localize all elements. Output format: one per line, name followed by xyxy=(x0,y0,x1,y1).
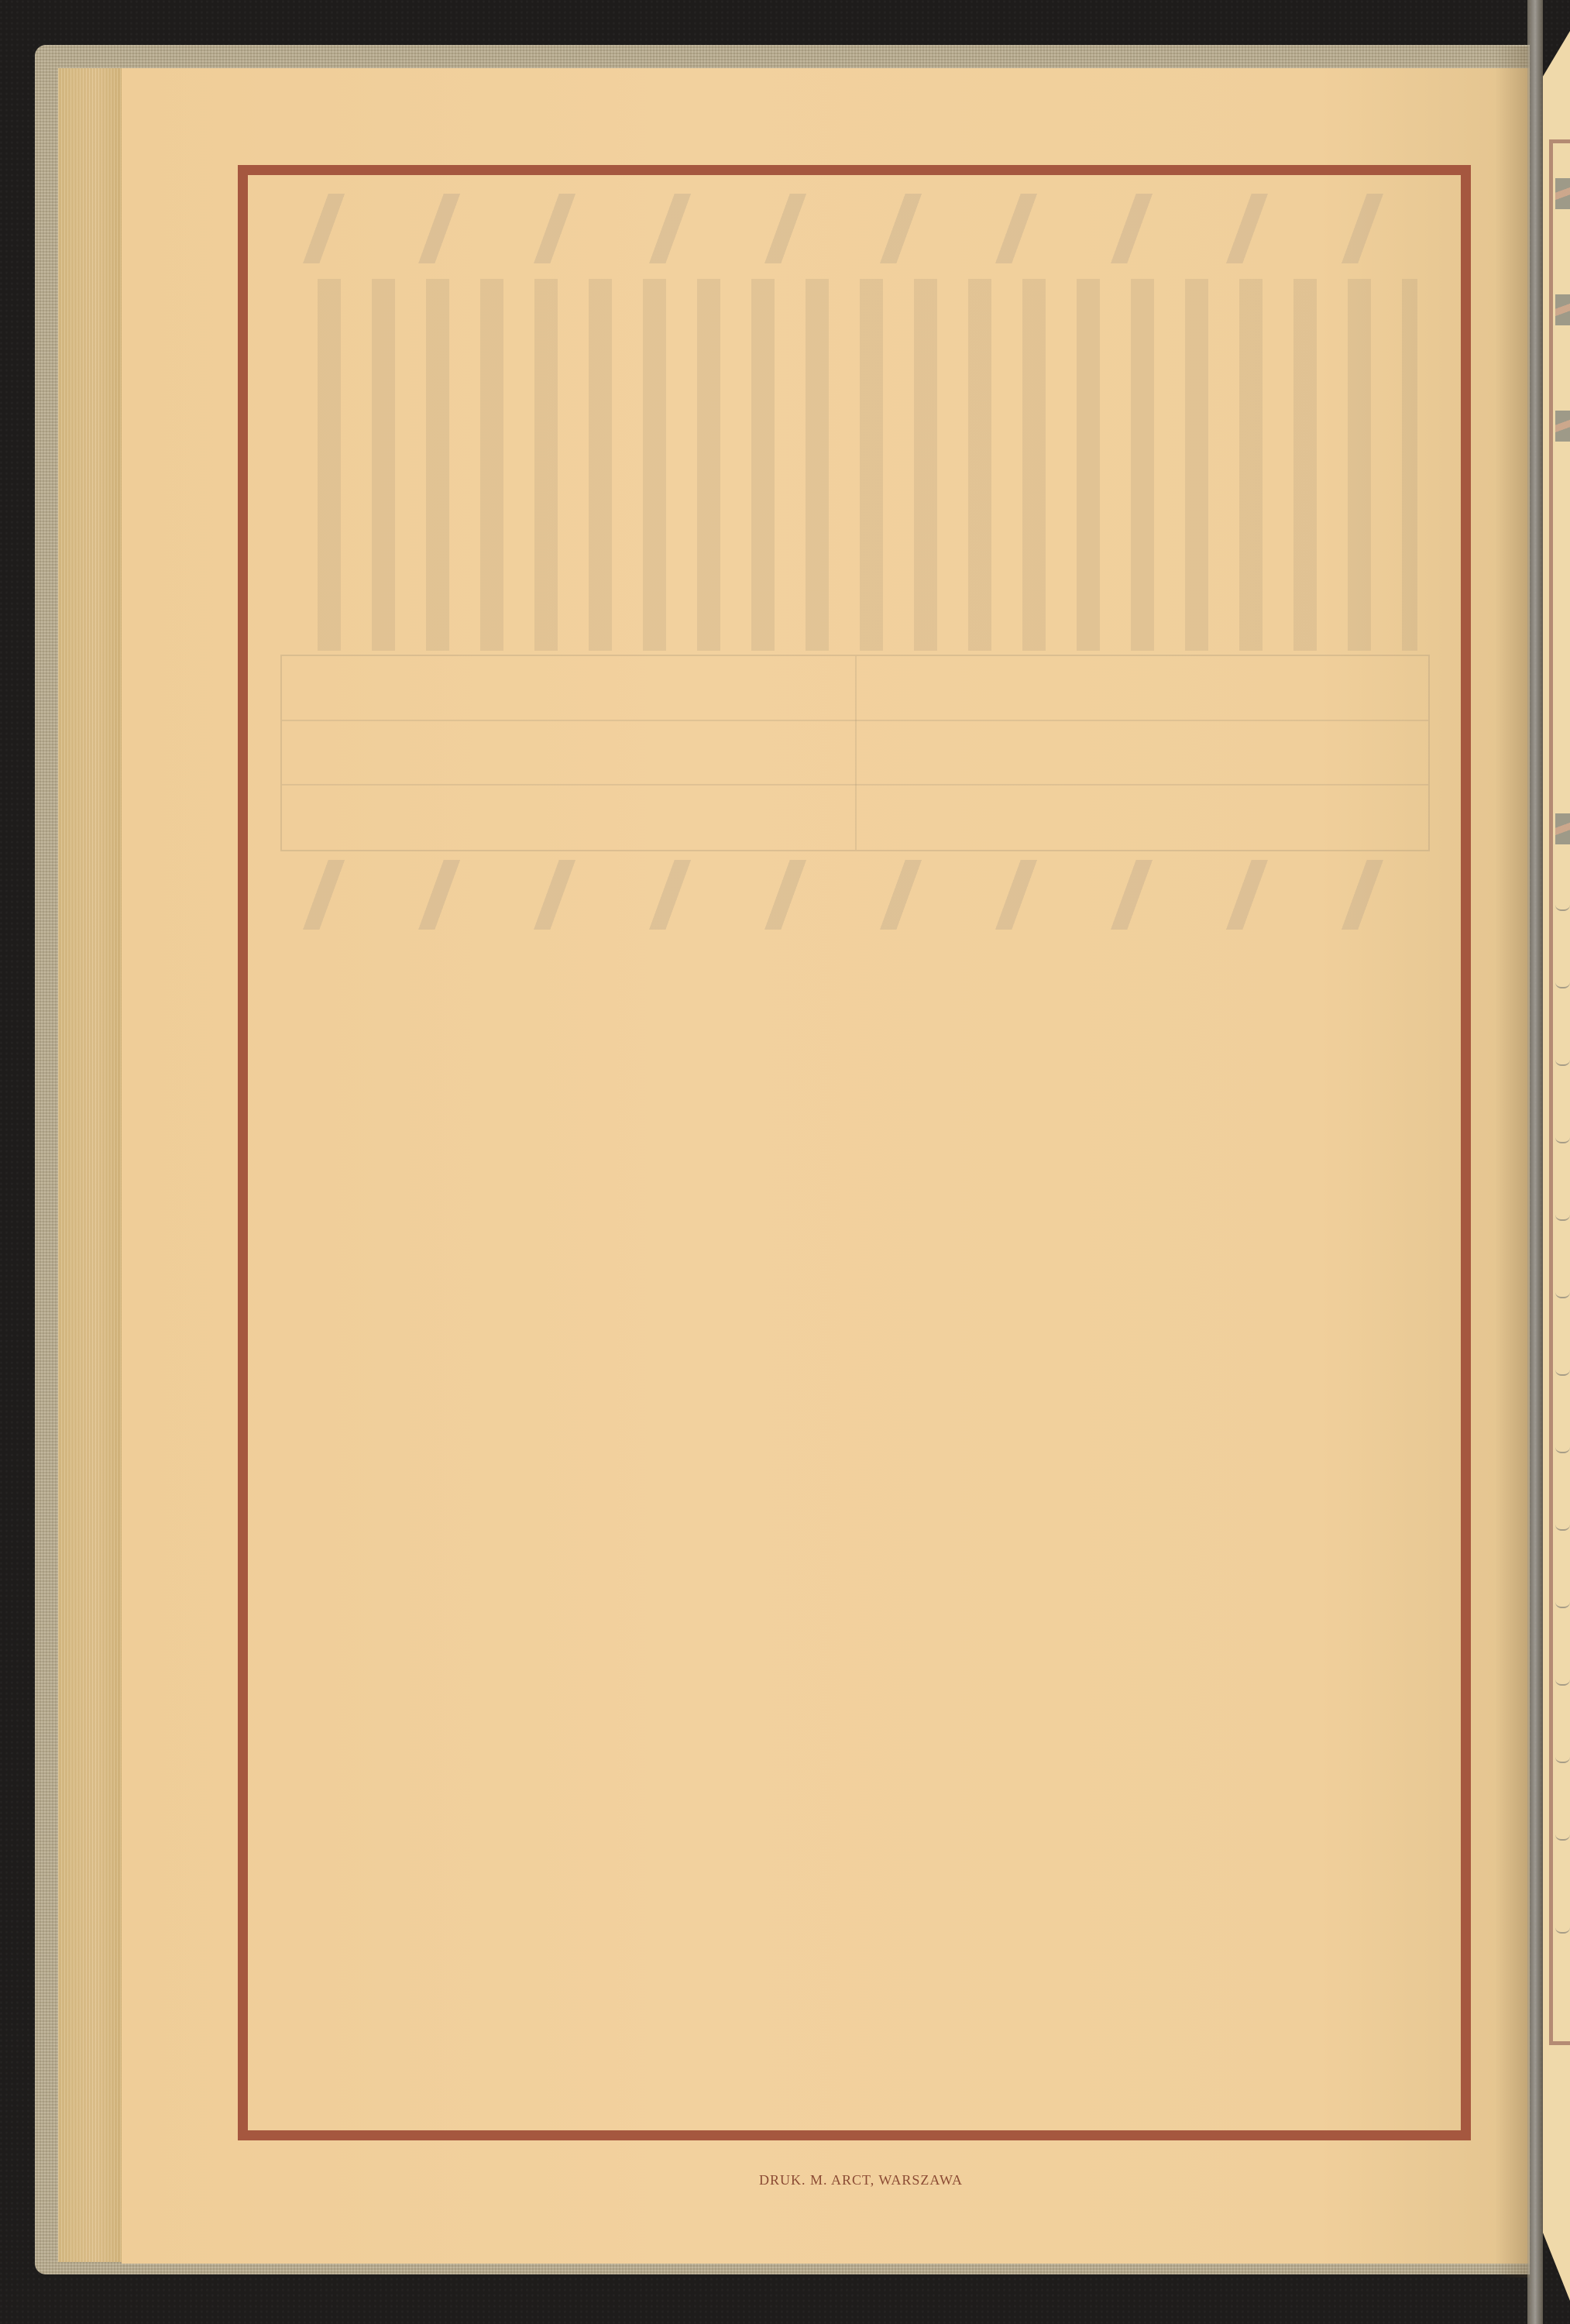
printer-imprint: DRUK. M. ARCT, WARSZAWA xyxy=(0,2172,1570,2188)
facing-page-handwriting xyxy=(1555,1131,1570,1143)
page-edges xyxy=(58,68,122,2262)
page-border-frame xyxy=(238,165,1471,2140)
facing-page-handwriting xyxy=(1555,1286,1570,1298)
facing-page-handwriting xyxy=(1555,1596,1570,1608)
facing-page-handwriting xyxy=(1555,1208,1570,1221)
facing-page-ornament xyxy=(1555,294,1570,325)
facing-page-handwriting xyxy=(1555,1518,1570,1531)
facing-page-handwriting xyxy=(1555,1751,1570,1763)
glass-plate-edge xyxy=(1527,0,1543,2324)
facing-page-ornament xyxy=(1555,813,1570,844)
facing-page-handwriting xyxy=(1555,1828,1570,1841)
facing-page-handwriting xyxy=(1555,1363,1570,1376)
facing-page-ornament xyxy=(1555,178,1570,209)
facing-page-handwriting xyxy=(1555,1673,1570,1686)
gutter-shadow xyxy=(1495,46,1530,2278)
facing-page-ornament xyxy=(1555,411,1570,442)
facing-page-handwriting xyxy=(1555,1054,1570,1066)
facing-page-handwriting xyxy=(1555,899,1570,911)
imprint-text: DRUK. M. ARCT, WARSZAWA xyxy=(759,2172,963,2188)
facing-page-handwriting xyxy=(1555,976,1570,988)
facing-page-handwriting xyxy=(1555,1921,1570,1934)
facing-page-handwriting xyxy=(1555,1441,1570,1453)
